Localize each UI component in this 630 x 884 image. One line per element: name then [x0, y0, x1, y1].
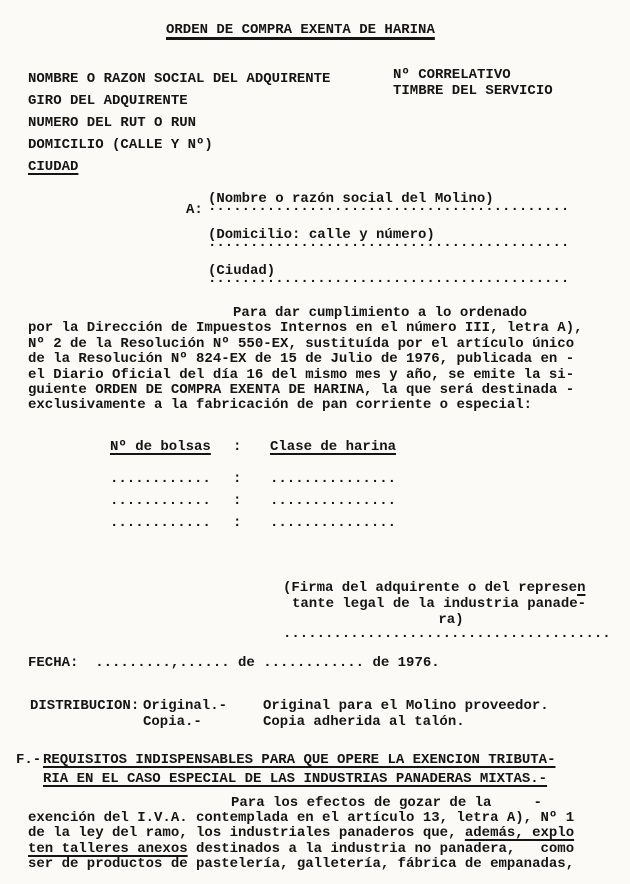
paragraph-line: Nº 2 de la Resolución Nº 550-EX, sustitu… [28, 337, 583, 352]
label-ciudad: CIUDAD [28, 156, 330, 178]
bags-fill-line: ............ [110, 516, 233, 531]
row-separator: : [233, 472, 270, 487]
label-domicilio: DOMICILIO (CALLE Y Nº) [28, 134, 330, 156]
bags-fill-line: ............ [110, 494, 233, 509]
scanned-typewritten-form: ORDEN DE COMPRA EXENTA DE HARINA NOMBRE … [0, 0, 630, 884]
column-separator: : [233, 440, 270, 455]
emphasized-text: ten talleres anexos [28, 841, 188, 857]
column-header-flour-class: Clase de harina [270, 440, 396, 455]
addressee-label: A: [186, 203, 203, 218]
addressee-city-fill-line: ........................................… [208, 273, 569, 286]
label-nombre-razon-social: NOMBRE O RAZON SOCIAL DEL ADQUIRENTE [28, 68, 330, 90]
flour-class-fill-line: ............... [270, 516, 396, 531]
signature-caption-line: (Firma del adquirente o del represen [283, 580, 619, 596]
paragraph-line: ten talleres anexos destinados a la indu… [28, 842, 574, 857]
label-numero-correlativo: Nº CORRELATIVO [393, 67, 553, 83]
addressee-address-fill-line: ........................................… [208, 237, 569, 250]
paragraph-line: exclusivamente a la fabricación de pan c… [28, 398, 583, 413]
distribution-destination: Copia adherida al talón. [263, 715, 465, 731]
section-f-heading: F.- REQUISITOS INDISPENSABLES PARA QUE O… [16, 751, 555, 788]
paragraph-line: exención del I.V.A. contemplada en el ar… [28, 811, 574, 826]
flour-class-fill-line: ............... [270, 494, 396, 509]
addressee-mill-name-fill-line: ........................................… [208, 201, 569, 214]
section-f-index: F.- [16, 751, 43, 770]
row-separator: : [233, 516, 270, 531]
label-giro-adquirente: GIRO DEL ADQUIRENTE [28, 90, 330, 112]
section-f-heading-row: RIA EN EL CASO ESPECIAL DE LAS INDUSTRIA… [16, 770, 555, 789]
paragraph-line: guiente ORDEN DE COMPRA EXENTA DE HARINA… [28, 383, 583, 398]
paragraph-line: de la Resolución Nº 824-EX de 15 de Juli… [28, 352, 583, 367]
bags-flour-table: Nº de bolsas : Clase de harina .........… [110, 440, 430, 540]
column-header-bags: Nº de bolsas [110, 440, 233, 455]
date-line: FECHA: .........,...... de ............ … [28, 656, 440, 671]
section-f-heading-line: RIA EN EL CASO ESPECIAL DE LAS INDUSTRIA… [43, 770, 547, 789]
table-row: ............ : ............... [110, 516, 396, 531]
distribution-copy-name: Copia.- [143, 715, 263, 731]
signature-caption-continuation-mark: n [577, 580, 585, 596]
signature-caption-text: (Firma del adquirente o del represe [283, 580, 577, 596]
paragraph-line: Para los efectos de gozar de la - [28, 796, 574, 811]
label-numero-rut-run: NUMERO DEL RUT O RUN [28, 112, 330, 134]
distribution-copy-name: Original.- [143, 699, 263, 715]
table-header-row: Nº de bolsas : Clase de harina [110, 440, 396, 455]
section-f-heading-line: REQUISITOS INDISPENSABLES PARA QUE OPERE… [43, 751, 555, 770]
label-timbre-servicio: TIMBRE DEL SERVICIO [393, 83, 553, 99]
distribution-block: DISTRIBUCION: Original.- Original para e… [30, 699, 549, 730]
intro-paragraph: Para dar cumplimiento a lo ordenado por … [28, 306, 583, 414]
paragraph-text: destinados a la industria no panadera, c… [188, 841, 574, 857]
distribution-row: DISTRIBUCION: Original.- Original para e… [30, 699, 549, 715]
signature-caption-line: tante legal de la industria panade- [283, 596, 619, 612]
section-f-index-spacer [16, 770, 43, 789]
paragraph-line: el Diario Oficial del día 16 del mismo m… [28, 368, 583, 383]
flour-class-fill-line: ............... [270, 472, 396, 487]
distribution-row: Copia.- Copia adherida al talón. [30, 715, 549, 731]
signature-fill-line: ....................................... [283, 626, 619, 642]
paragraph-line: Para dar cumplimiento a lo ordenado [28, 306, 583, 321]
bags-fill-line: ............ [110, 472, 233, 487]
paragraph-text: de la ley del ramo, los industriales pan… [28, 825, 465, 841]
distribution-label: DISTRIBUCION: [30, 699, 143, 715]
acquirer-labels-block: NOMBRE O RAZON SOCIAL DEL ADQUIRENTE GIR… [28, 68, 330, 178]
document-title: ORDEN DE COMPRA EXENTA DE HARINA [166, 23, 435, 38]
table-row: ............ : ............... [110, 494, 396, 509]
paragraph-line: por la Dirección de Impuestos Internos e… [28, 321, 583, 336]
stamp-block: Nº CORRELATIVO TIMBRE DEL SERVICIO [393, 67, 553, 99]
paragraph-line: de la ley del ramo, los industriales pan… [28, 826, 574, 841]
section-f-paragraph: Para los efectos de gozar de la - exenci… [28, 796, 574, 872]
signature-block: (Firma del adquirente o del represen tan… [283, 580, 619, 642]
paragraph-line: ser de productos de pastelería, galleter… [28, 857, 574, 872]
table-row: ............ : ............... [110, 472, 396, 487]
distribution-label-spacer [30, 715, 143, 731]
emphasized-text: además, explo [465, 825, 574, 841]
distribution-destination: Original para el Molino proveedor. [263, 699, 549, 715]
section-f-heading-row: F.- REQUISITOS INDISPENSABLES PARA QUE O… [16, 751, 555, 770]
row-separator: : [233, 494, 270, 509]
